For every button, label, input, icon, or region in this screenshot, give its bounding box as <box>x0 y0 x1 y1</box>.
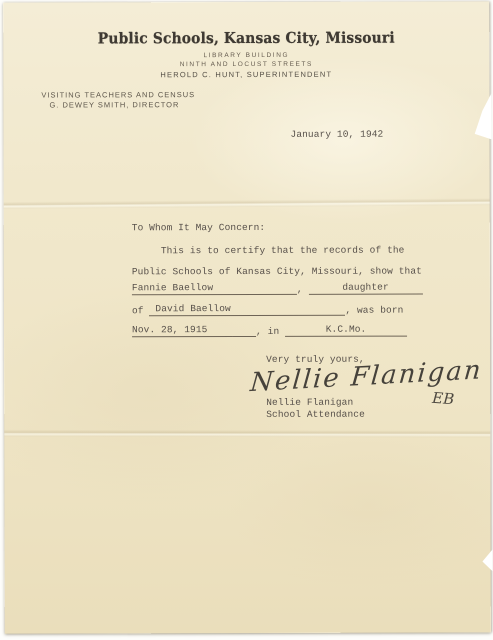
salutation: To Whom It May Concern: <box>132 222 265 233</box>
in-label: , in <box>256 326 279 337</box>
letterhead-department-line1: VISITING TEACHERS AND CENSUS <box>41 90 195 99</box>
letterhead-title: Public Schools, Kansas City, Missouri <box>23 28 470 47</box>
letter-paper: Public Schools, Kansas City, Missouri LI… <box>3 1 491 633</box>
comma-after-name: , <box>297 284 303 295</box>
birth-place-blank: K.C.Mo. <box>285 324 407 337</box>
child-name-blank: Fannie Baellow <box>132 282 297 295</box>
letterhead-department-line2: G. DEWEY SMITH, DIRECTOR <box>49 100 179 109</box>
letterhead-superintendent: HEROLD C. HUNT, SUPERINTENDENT <box>3 69 489 79</box>
letterhead-address-line1: LIBRARY BUILDING <box>3 51 489 59</box>
was-born-label: , was born <box>345 305 403 316</box>
letterhead-address-line2: NINTH AND LOCUST STREETS <box>3 60 489 68</box>
signer-title: School Attendance <box>266 409 365 420</box>
fold-crease-bottom <box>4 430 490 438</box>
relationship-blank: daughter <box>309 282 423 295</box>
body-line2: Public Schools of Kansas City, Missouri,… <box>132 266 422 278</box>
empty-blank <box>232 324 256 337</box>
scan-background: Public Schools, Kansas City, Missouri LI… <box>0 0 493 640</box>
birth-date-blank: Nov. 28, 1915 <box>132 324 232 337</box>
fillin-line1: Fannie Baellow, daughter <box>132 282 423 296</box>
handwritten-initials: EB <box>432 389 455 408</box>
signer-name: Nellie Flanigan <box>266 397 353 408</box>
paper-notch-right <box>481 549 493 571</box>
letter-date: January 10, 1942 <box>291 129 384 140</box>
body-line1: This is to certify that the records of t… <box>161 245 405 257</box>
parent-name-blank: David Baellow <box>149 303 345 317</box>
fillin-line2: of David Baellow, was born <box>132 303 403 317</box>
paper-tear-right <box>467 93 491 139</box>
fillin-line3: Nov. 28, 1915, in K.C.Mo. <box>132 324 407 338</box>
of-label: of <box>132 305 144 316</box>
fold-crease-top <box>4 198 490 209</box>
